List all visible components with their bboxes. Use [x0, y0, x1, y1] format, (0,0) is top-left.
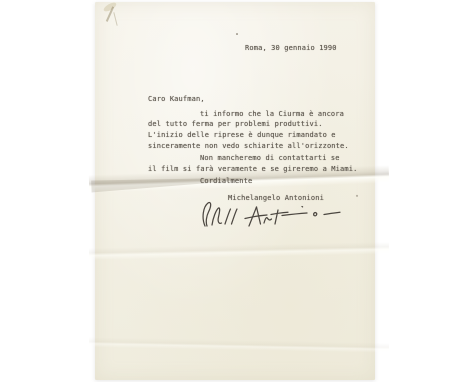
body-line: del tutto ferma per problemi produttivi. — [148, 120, 323, 129]
body-line: ti informo che la Ciurma è ancora — [200, 110, 344, 119]
body-line: il film si farà veramente e se gireremo … — [148, 165, 358, 174]
letter-paper: Roma, 30 gennaio 1990 Caro Kaufman, ti i… — [95, 2, 375, 380]
signature-ink-icon — [198, 199, 348, 233]
paper-speck — [356, 194, 359, 197]
paper-corner-fold — [102, 1, 117, 13]
body-line: sinceramente non vedo schiarite all'oriz… — [148, 142, 349, 151]
paper-tear-mark — [106, 6, 114, 21]
dateline: Roma, 30 gennaio 1990 — [245, 44, 337, 53]
body-line: L'inizio delle riprese è dunque rimandat… — [148, 131, 336, 140]
paper-tear-mark — [113, 12, 117, 26]
scan-background: Roma, 30 gennaio 1990 Caro Kaufman, ti i… — [0, 0, 468, 382]
closing: Cordialmente — [200, 177, 252, 186]
fold-crease — [89, 242, 389, 260]
fold-crease — [89, 337, 389, 353]
salutation: Caro Kaufman, — [148, 95, 205, 104]
paper-speck — [236, 33, 238, 35]
body-line: Non mancheremo di contattarti se — [200, 154, 340, 163]
handwritten-signature — [198, 199, 348, 233]
